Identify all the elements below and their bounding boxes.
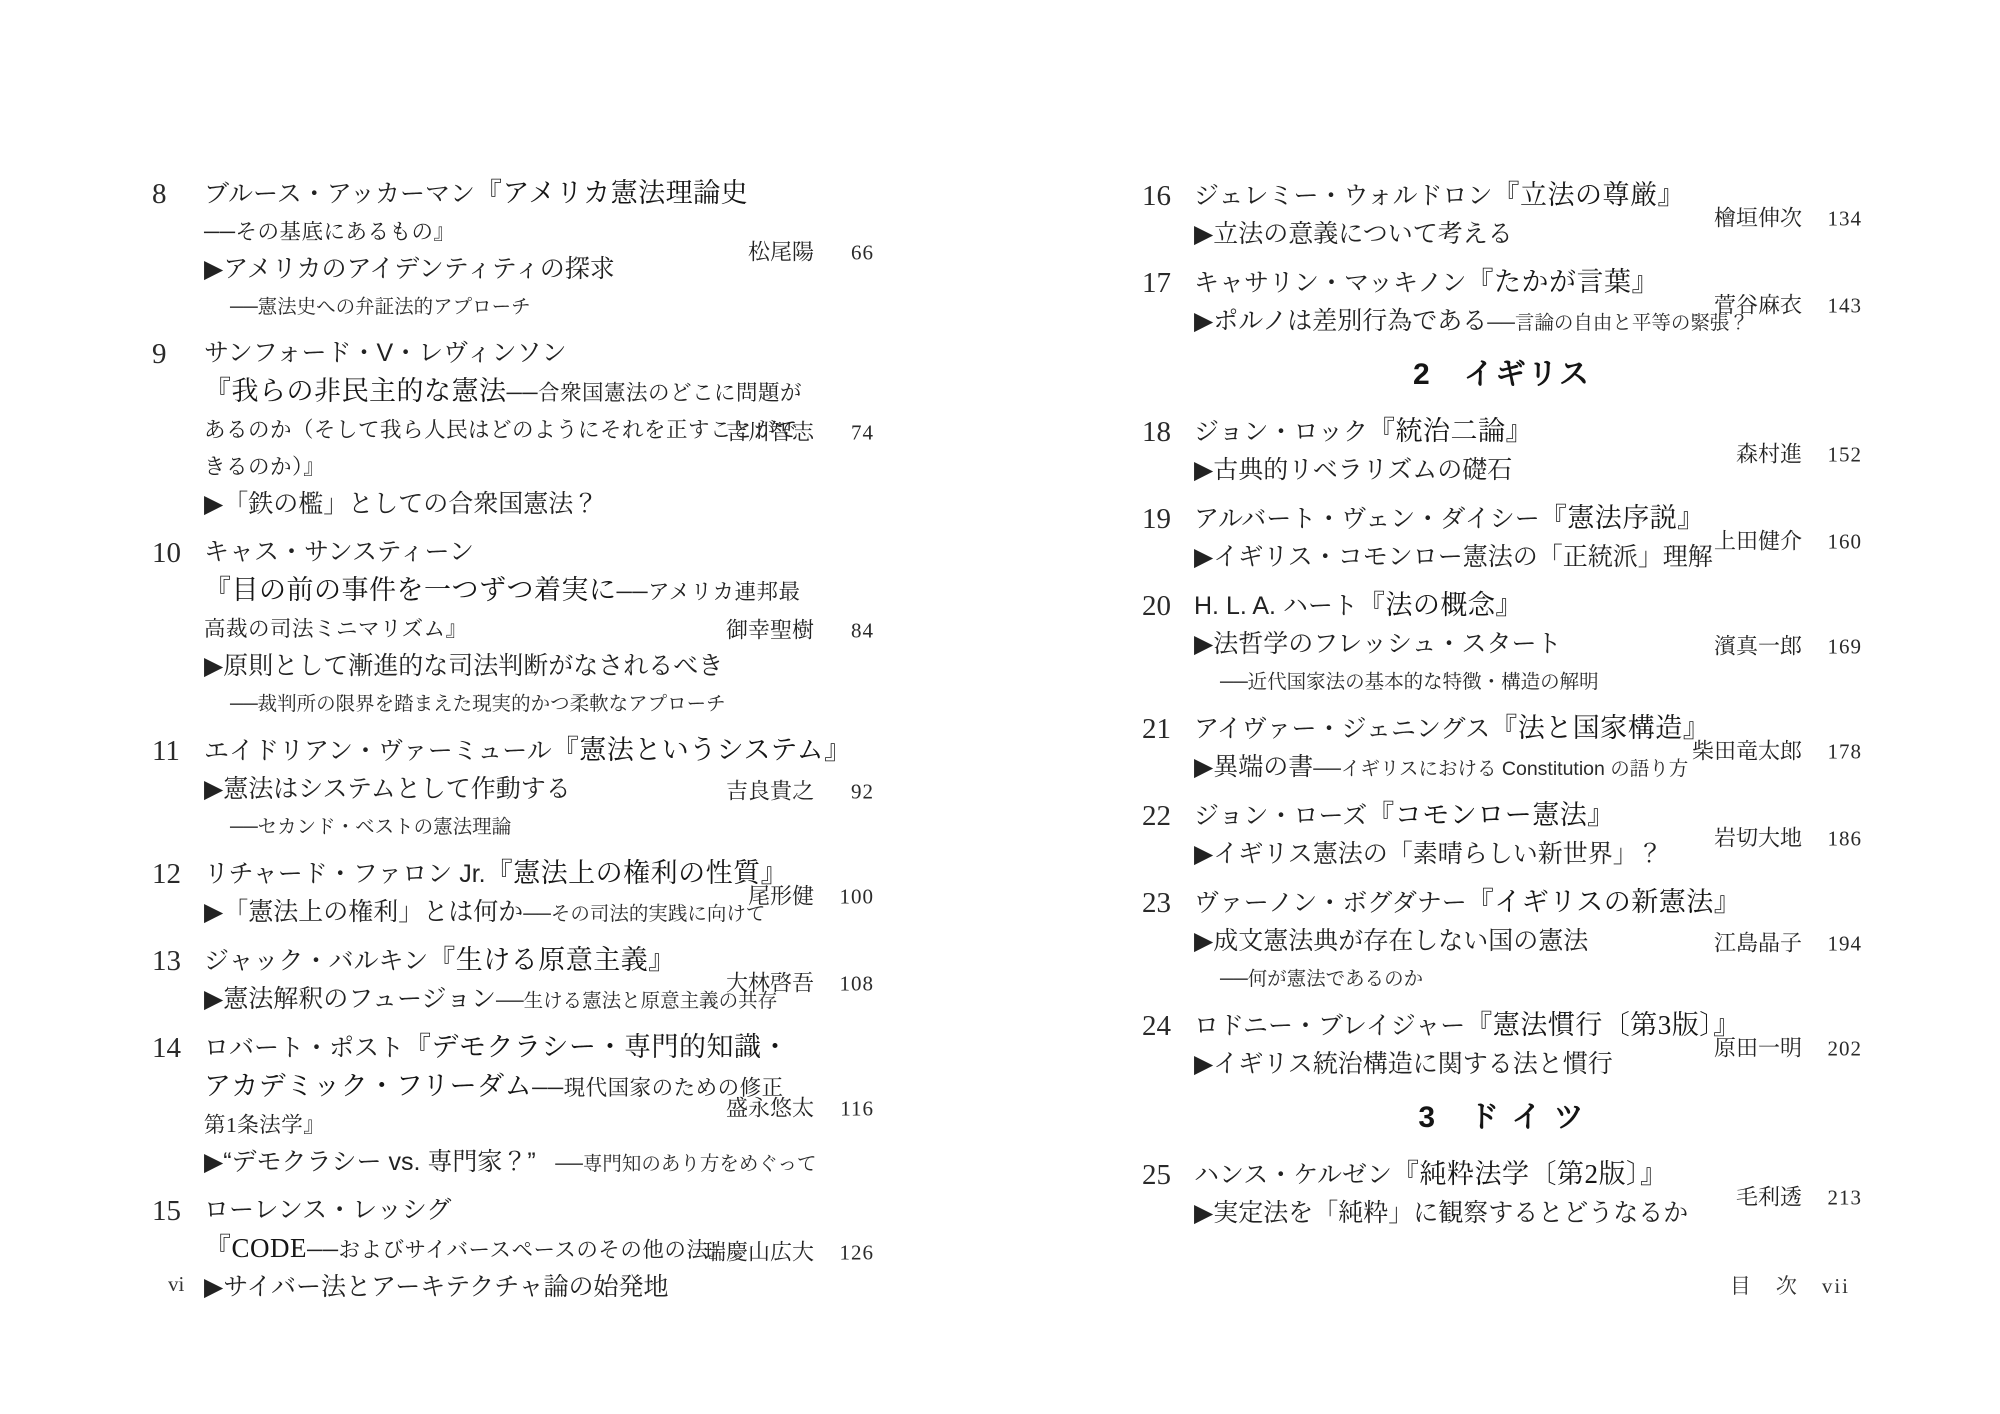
toc-item: 17キャサリン・マッキノン『たかが言葉』▶ポルノは差別行為である──言論の自由と… [1142,265,1862,342]
toc-text: きるのか）』 [204,455,325,479]
toc-item: 10キャス・サンスティーン『目の前の事件を一つずつ着実に──アメリカ連邦最高裁の… [152,535,874,723]
toc-item-number: 20 [1142,589,1190,623]
toc-text: ローレンス・レッシグ [204,1196,451,1224]
toc-line: キャス・サンスティーン [204,535,874,573]
page-number: 116 [826,1096,874,1121]
toc-item: 16ジェレミー・ウォルドロン『立法の尊厳』▶立法の意義について考える檜垣伸次13… [1142,178,1862,255]
toc-text: ──イギリスにおける Constitution の語り方 [1313,758,1688,780]
contributor-name: 大林啓吾 [726,966,814,997]
toc-text: ──近代国家法の基本的な特徴・構造の解明 [1220,671,1599,693]
toc-item: 14ロバート・ポスト『デモクラシー・専門的知識・アカデミック・フリーダム──現代… [152,1030,874,1183]
toc-text: ジャック・バルキン [204,947,428,975]
page-number: 194 [1814,931,1862,956]
author-page: 尾形健100 [748,879,874,910]
toc-text: H. L. A. ハート [1194,592,1358,620]
toc-text: アルバート・ヴェン・ダイシー [1194,505,1540,533]
page-number: 213 [1814,1185,1862,1210]
contributor-name: 上田健介 [1714,524,1802,555]
toc-line: ──セカンド・ベストの憲法理論 [204,810,874,846]
toc-text: ▶アメリカのアイデンティティの探求 [204,255,615,283]
toc-text: ▶ポルノは差別行為である [1194,307,1487,335]
toc-text: ▶成文憲法典が存在しない国の憲法 [1194,927,1588,955]
book-title-text: 『イギリスの新憲法』 [1467,887,1741,917]
toc-line: ロバート・ポスト『デモクラシー・専門的知識・ [204,1030,874,1069]
toc-line: 『目の前の事件を一つずつ着実に──アメリカ連邦最 [204,573,874,612]
toc-text: ヴァーノン・ボグダナー [1194,889,1467,917]
contributor-name: 盛永悠太 [726,1091,814,1122]
toc-line: ▶サイバー法とアーキテクチャ論の始発地 [204,1270,874,1308]
page-number: 169 [1814,634,1862,659]
page-number: 74 [826,420,874,445]
book-title-text: 『憲法というシステム』 [552,735,852,765]
book-title-text: 『立法の尊厳』 [1493,180,1686,210]
book-title-text: 『憲法慣行〔第3版〕』 [1465,1010,1741,1040]
toc-page-right: 16ジェレミー・ウォルドロン『立法の尊厳』▶立法の意義について考える檜垣伸次13… [1142,178,1862,1244]
toc-text: ──セカンド・ベストの憲法理論 [230,816,511,838]
contributor-name: 原田一明 [1714,1031,1802,1062]
book-title-text: 『法の概念』 [1358,590,1523,620]
author-page: 柴田竜太郎178 [1692,734,1862,765]
book-title-text: アカデミック・フリーダム [204,1071,532,1101]
page-number: 160 [1814,529,1862,554]
toc-page-left: 8ブルース・アッカーマン『アメリカ憲法理論史──その基底にあるもの』▶アメリカの… [152,176,874,1318]
toc-text: エイドリアン・ヴァーミュール [204,737,552,765]
toc-text: ▶憲法解釈のフュージョン [204,985,496,1013]
toc-text: ロバート・ポスト [204,1034,404,1062]
toc-text: あるのか（そして我ら人民はどのようにそれを正すことがで [204,418,798,442]
toc-text: ──憲法史への弁証法的アプローチ [230,296,531,318]
book-title-text: 『憲法上の権利の性質』 [486,858,789,888]
contributor-name: 濱真一郎 [1714,629,1802,660]
contributor-name: 檜垣伸次 [1714,201,1802,232]
toc-text: ジョン・ローズ [1194,802,1367,830]
toc-text: ──合衆国憲法のどこに問題が [507,381,802,405]
toc-text: ▶立法の意義について考える [1194,220,1513,248]
toc-text: ▶憲法はシステムとして作動する [204,775,571,803]
author-page: 御幸聖樹84 [726,614,874,645]
page-number: 152 [1814,442,1862,467]
contributor-name: 松尾陽 [748,236,814,267]
toc-line: ──近代国家法の基本的な特徴・構造の解明 [1194,665,1862,701]
toc-text: ▶異端の書 [1194,753,1313,781]
section-heading: 2 イギリス [1142,358,1862,392]
toc-item-number: 23 [1142,886,1190,920]
author-page: 岩切大地186 [1714,821,1862,852]
toc-line: サンフォード・V・レヴィンソン [204,336,874,374]
book-title-text: 『デモクラシー・専門的知識・ [404,1032,789,1062]
section-heading: 3 ド イ ツ [1142,1101,1862,1135]
toc-text: ▶原則として漸進的な司法判断がなされるべき [204,652,723,680]
book-toc-spread: { "page": { "footer_left": "vi", "footer… [0,0,2000,1414]
toc-line: ──憲法史への弁証法的アプローチ [204,290,874,326]
toc-item: 15ローレンス・レッシグ『CODE──およびサイバースペースのその他の法』▶サイ… [152,1193,874,1308]
toc-line: ローレンス・レッシグ [204,1193,874,1231]
toc-item-number: 18 [1142,415,1190,449]
book-title-text: 『コモンロー憲法』 [1367,800,1615,830]
book-title-text: 『純粋法学〔第2版〕』 [1392,1159,1668,1189]
toc-text: ▶古典的リベラリズムの礎石 [1194,456,1512,484]
page-number: 143 [1814,293,1862,318]
toc-text: サンフォード・V・レヴィンソン [204,339,567,367]
toc-text: ▶イギリス憲法の「素晴らしい新世界」？ [1194,840,1663,868]
toc-text: ──その司法的実践に向けて [523,903,765,925]
page-number: 92 [826,779,874,804]
toc-text: ▶「鉄の檻」としての合衆国憲法？ [204,490,598,518]
author-page: 江島晶子194 [1714,926,1862,957]
page-number: 186 [1814,826,1862,851]
book-title-text: 『目の前の事件を一つずつ着実に [204,575,617,605]
author-page: 濱真一郎169 [1714,629,1862,660]
toc-text: ▶実定法を「純粋」に観察するとどうなるか [1194,1199,1688,1227]
author-page: 吉良貴之92 [726,774,874,805]
toc-text: ──言論の自由と平等の緊張？ [1487,312,1749,334]
author-page: 原田一明202 [1714,1031,1862,1062]
toc-text: ──アメリカ連邦最 [617,580,801,604]
page-number: 100 [826,884,874,909]
page-number-right: 目 次 vii [1730,1270,1850,1300]
toc-item: 23ヴァーノン・ボグダナー『イギリスの新憲法』▶成文憲法典が存在しない国の憲法─… [1142,885,1862,998]
toc-text: キャス・サンスティーン [204,538,474,566]
toc-text: ──およびサイバースペースのその他の法』 [307,1238,730,1262]
toc-text: ──その基底にあるもの』 [204,220,455,244]
author-page: 瑞慶山広大126 [704,1235,874,1266]
author-page: 上田健介160 [1714,524,1862,555]
toc-item: 11エイドリアン・ヴァーミュール『憲法というシステム』▶憲法はシステムとして作動… [152,733,874,846]
author-page: 菅谷麻衣143 [1714,288,1862,319]
page-number-left: vi [168,1272,184,1297]
toc-text: ジェレミー・ウォルドロン [1194,182,1493,210]
author-page: 松尾陽66 [748,236,874,267]
book-title-text: 『憲法序説』 [1540,503,1705,533]
toc-item-number: 22 [1142,799,1190,833]
toc-item-number: 9 [152,337,200,371]
toc-item-number: 11 [152,734,200,768]
contributor-name: 柴田竜太郎 [1692,734,1802,765]
contributor-name: 毛利透 [1736,1180,1802,1211]
toc-text: アイヴァー・ジェニングス [1194,715,1490,743]
contributor-name: 尾形健 [748,879,814,910]
toc-text: ──何が憲法であるのか [1220,968,1423,990]
page-number: 134 [1814,206,1862,231]
toc-line: ──裁判所の限界を踏まえた現実的かつ柔軟なアプローチ [204,687,874,723]
toc-text: ロドニー・ブレイジャー [1194,1012,1465,1040]
book-title-text: 『アメリカ憲法理論史 [475,178,748,208]
toc-item-number: 8 [152,177,200,211]
toc-item-number: 13 [152,944,200,978]
toc-line: ▶原則として漸進的な司法判断がなされるべき [204,649,874,687]
contributor-name: 江島晶子 [1714,926,1802,957]
toc-text: ハンス・ケルゼン [1194,1161,1392,1189]
author-page: 盛永悠太116 [726,1091,874,1122]
toc-item: 21アイヴァー・ジェニングス『法と国家構造』▶異端の書──イギリスにおける Co… [1142,711,1862,788]
toc-item: 20H. L. A. ハート『法の概念』▶法哲学のフレッシュ・スタート──近代国… [1142,588,1862,701]
toc-text: キャサリン・マッキノン [1194,269,1467,297]
toc-item-number: 10 [152,536,200,570]
toc-item-number: 17 [1142,266,1190,300]
toc-line: ──何が憲法であるのか [1194,962,1862,998]
toc-item-number: 24 [1142,1009,1190,1043]
toc-line: きるのか）』 [204,450,874,487]
book-title-text: 『CODE [204,1233,307,1263]
toc-text: ▶イギリス統治構造に関する法と慣行 [1194,1050,1613,1078]
toc-line: ▶「鉄の檻」としての合衆国憲法？ [204,487,874,525]
toc-item: 8ブルース・アッカーマン『アメリカ憲法理論史──その基底にあるもの』▶アメリカの… [152,176,874,326]
author-page: 毛利透213 [1736,1180,1862,1211]
page-number: 66 [826,241,874,266]
toc-item: 22ジョン・ローズ『コモンロー憲法』▶イギリス憲法の「素晴らしい新世界」？岩切大… [1142,798,1862,875]
contributor-name: 森村進 [1736,437,1802,468]
toc-item: 19アルバート・ヴェン・ダイシー『憲法序説』▶イギリス・コモンロー憲法の「正統派… [1142,501,1862,578]
toc-text: ▶イギリス・コモンロー憲法の「正統派」理解 [1194,543,1713,571]
toc-line: エイドリアン・ヴァーミュール『憲法というシステム』 [204,733,874,772]
author-page: 森村進152 [1736,437,1862,468]
toc-item: 13ジャック・バルキン『生ける原意主義』▶憲法解釈のフュージョン──生ける憲法と… [152,943,874,1020]
contributor-name: 御幸聖樹 [726,614,814,645]
toc-text: ▶“デモクラシー vs. 専門家？” [204,1148,536,1176]
page-number: 126 [826,1240,874,1265]
toc-item: 24ロドニー・ブレイジャー『憲法慣行〔第3版〕』▶イギリス統治構造に関する法と慣… [1142,1008,1862,1085]
toc-text: ──裁判所の限界を踏まえた現実的かつ柔軟なアプローチ [230,693,726,715]
toc-text: ▶法哲学のフレッシュ・スタート [1194,630,1561,658]
toc-text: 第1条法学』 [204,1113,325,1137]
book-title-text: 『法と国家構造』 [1490,713,1710,743]
contributor-name: 吉川智志 [726,415,814,446]
page-number: 202 [1814,1036,1862,1061]
toc-line: H. L. A. ハート『法の概念』 [1194,588,1862,627]
toc-item: 25ハンス・ケルゼン『純粋法学〔第2版〕』▶実定法を「純粋」に観察するとどうなる… [1142,1157,1862,1234]
contributor-name: 瑞慶山広大 [704,1235,814,1266]
toc-text: ▶「憲法上の権利」とは何か [204,898,523,926]
contributor-name: 吉良貴之 [726,774,814,805]
page-number: 178 [1814,739,1862,764]
toc-line: ヴァーノン・ボグダナー『イギリスの新憲法』 [1194,885,1862,924]
page-number: 84 [826,619,874,644]
toc-item-number: 15 [152,1194,200,1228]
toc-line: ブルース・アッカーマン『アメリカ憲法理論史 [204,176,874,215]
toc-item-number: 16 [1142,179,1190,213]
toc-text: ブルース・アッカーマン [204,180,475,208]
book-title-text: 『生ける原意主義』 [428,945,676,975]
toc-item-number: 12 [152,857,200,891]
author-page: 吉川智志74 [726,415,874,446]
book-title-text: 『統治二論』 [1368,416,1533,446]
contributor-name: 菅谷麻衣 [1714,288,1802,319]
toc-line: 『我らの非民主的な憲法──合衆国憲法のどこに問題が [204,374,874,413]
toc-line: ▶“デモクラシー vs. 専門家？” ──専門知のあり方をめぐって [204,1145,874,1183]
toc-text: ジョン・ロック [1194,418,1368,446]
page-number: 108 [826,971,874,996]
book-title-text: 『我らの非民主的な憲法 [204,376,507,406]
toc-item: 9サンフォード・V・レヴィンソン『我らの非民主的な憲法──合衆国憲法のどこに問題… [152,336,874,525]
toc-item-number: 21 [1142,712,1190,746]
toc-item-number: 19 [1142,502,1190,536]
toc-item: 18ジョン・ロック『統治二論』▶古典的リベラリズムの礎石森村進152 [1142,414,1862,491]
toc-item-number: 25 [1142,1158,1190,1192]
author-page: 大林啓吾108 [726,966,874,997]
toc-text: ▶サイバー法とアーキテクチャ論の始発地 [204,1273,668,1301]
contributor-name: 岩切大地 [1714,821,1802,852]
toc-item: 12リチャード・ファロン Jr.『憲法上の権利の性質』▶「憲法上の権利」とは何か… [152,856,874,933]
toc-text: 高裁の司法ミニマリズム』 [204,617,468,641]
author-page: 檜垣伸次134 [1714,201,1862,232]
toc-text: ──専門知のあり方をめぐって [536,1153,817,1175]
toc-text: リチャード・ファロン Jr. [204,860,486,888]
toc-item-number: 14 [152,1031,200,1065]
book-title-text: 『たかが言葉』 [1467,267,1660,297]
